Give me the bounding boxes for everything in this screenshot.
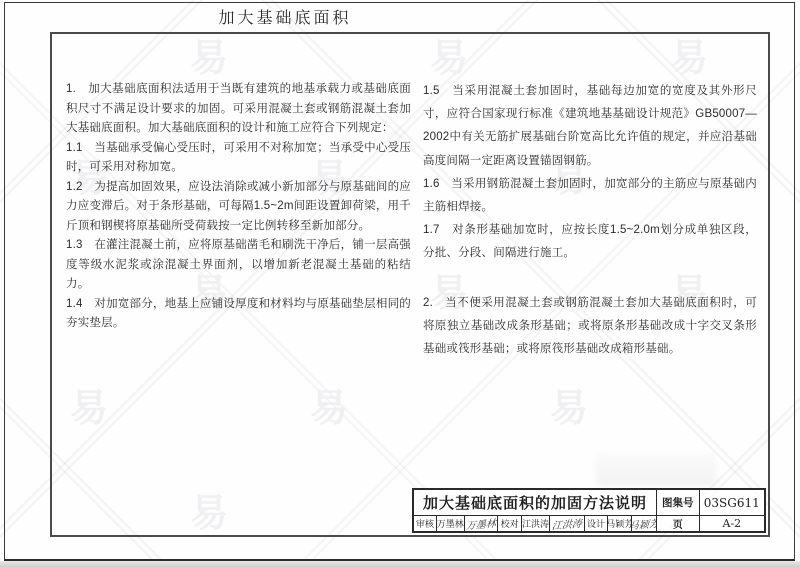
title-block-row-2: 审核 万墨林 万墨林 校对 江洪涛 江洪涛 设计 马颖芳 马颖芳 页 A-2	[414, 516, 764, 531]
spec-left-column: 1. 加大基础底面积法适用于当既有建筑的地基承载力或基础底面积尺寸不满足设计要求…	[66, 80, 411, 334]
title-block-title: 加大基础底面积的加固方法说明	[414, 490, 656, 515]
scan-edge-shadow	[0, 561, 800, 567]
spec-paragraph-1-3: 1.3 在灌注混凝土前，应将原基础凿毛和刷洗干净后，铺一层高强度等级水泥浆或涂混…	[66, 236, 411, 295]
spec-right-column: 1.5 当采用混凝土套加固时，基础每边加宽的宽度及其外形尺寸，应符合国家现行标准…	[423, 80, 757, 361]
review-signature-text: 万墨林	[465, 516, 496, 531]
review-label: 审核	[414, 516, 436, 531]
review-name: 万墨林	[436, 516, 464, 531]
proof-signature: 江洪涛	[549, 516, 584, 531]
design-name: 马颖芳	[607, 516, 631, 531]
page-number: A-2	[699, 516, 764, 531]
spec-paragraph-1-6: 1.6 当采用钢筋混凝土套加固时，加宽部分的主筋应与原基础内主筋相焊接。	[423, 173, 757, 219]
spec-paragraph-2: 2. 当不便采用混凝土套或钢筋混凝土套加大基础底面积时，可将原独立基础改成条形基…	[423, 292, 757, 362]
proof-signature-text: 江洪涛	[551, 516, 582, 531]
design-signature: 马颖芳	[631, 516, 656, 531]
proof-label: 校对	[497, 516, 521, 531]
title-block-row-1: 加大基础底面积的加固方法说明 图集号 03SG611	[414, 490, 764, 516]
title-block: 加大基础底面积的加固方法说明 图集号 03SG611 审核 万墨林 万墨林 校对…	[412, 488, 766, 533]
spec-paragraph-1-4: 1.4 对加宽部分，地基上应铺设厚度和材料均与原基础垫层相同的夯实垫层。	[66, 295, 411, 334]
proof-name: 江洪涛	[521, 516, 549, 531]
page-title: 加大基础底面积	[150, 5, 420, 28]
atlas-number-value: 03SG611	[699, 490, 764, 515]
drawing-sheet: 易 易 易 易 易 易 易 易 易 易 易 易 易 易 加大基础底面积 1. 加…	[0, 0, 800, 567]
review-signature: 万墨林	[464, 516, 498, 531]
spec-paragraph-1-2: 1.2 为提高加固效果，应设法消除或减小新加部分与原基础间的应力应变滞后。对于条…	[66, 178, 411, 237]
spec-paragraph-1: 1. 加大基础底面积法适用于当既有建筑的地基承载力或基础底面积尺寸不满足设计要求…	[66, 80, 411, 139]
atlas-number-label: 图集号	[656, 490, 699, 515]
design-signature-text: 马颖芳	[631, 516, 656, 531]
spec-paragraph-1-5: 1.5 当采用混凝土套加固时，基础每边加宽的宽度及其外形尺寸，应符合国家现行标准…	[423, 80, 757, 173]
page-label: 页	[656, 516, 699, 531]
design-label: 设计	[584, 516, 608, 531]
spec-paragraph-1-7: 1.7 对条形基础加宽时，应按长度1.5~2.0m划分成单独区段，分批、分段、间…	[423, 219, 757, 265]
spec-paragraph-1-1: 1.1 当基础承受偏心受压时，可采用不对称加宽；当承受中心受压时，可采用对称加宽…	[66, 139, 411, 178]
